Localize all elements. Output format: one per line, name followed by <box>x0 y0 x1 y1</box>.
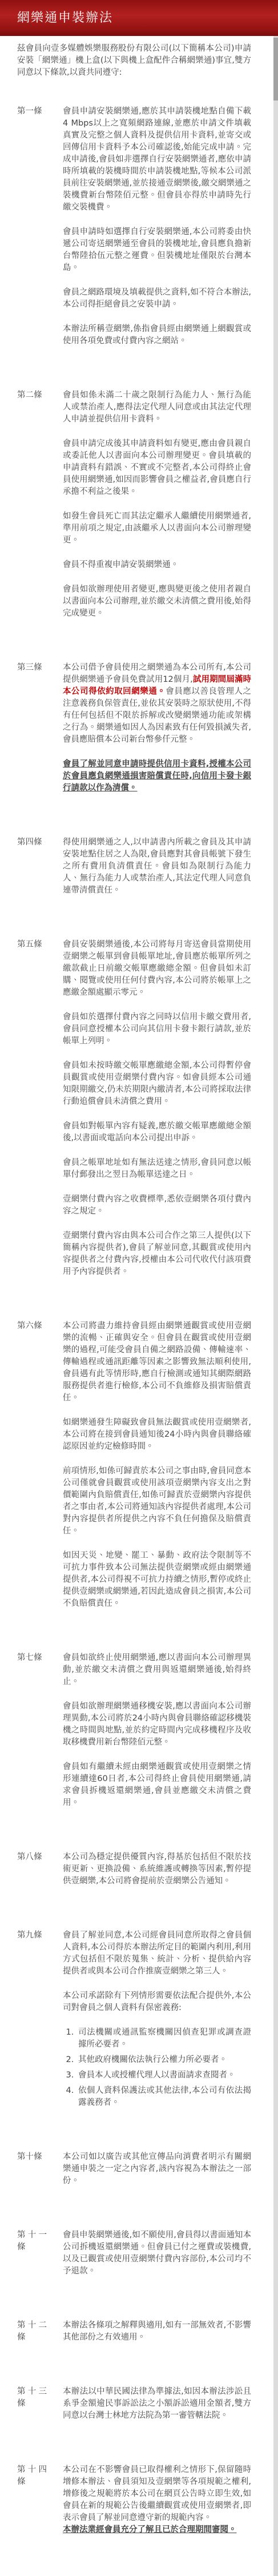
article-label: 第三條 <box>17 662 47 674</box>
paragraph: 會員了解並同意申請時提供信用卡資料,授權本公司於會員應負網樂通損害賠償責任時,向… <box>63 758 251 794</box>
paragraph: 會員安裝網樂通後,本公司將每月寄送會員當期使用壹網樂之帳單到會員帳單地址,會員應… <box>63 939 251 999</box>
intro-paragraph: 茲會員向壹多媒體娛樂服務股份有限公司(以下簡稱本公司)申請安裝「網樂通」機上盒(… <box>17 43 251 79</box>
article-body: 會員申裝網樂通後,如不願使用,會員得以書面通知本公司拆機返還網樂通。但會員已付之… <box>63 2229 251 2277</box>
article-label: 第十條 <box>17 2151 47 2163</box>
text-segment: 本辦法所稱壹網樂,係指會員經由網樂通上網觀賞或使用各項免費或付費內容之網站。 <box>63 324 251 345</box>
text-segment: 壹網樂付費內容由與本公司合作之第三人提供(以下簡稱內容提供者),會員了解並同意,… <box>63 1231 251 1276</box>
article: 第四條得使用網樂通之人,以申請書內所載之會員及其申請安裝地點住居之人為限,會員應… <box>17 837 251 897</box>
list-item: 依個人資料保護法或其他法律,本公司有依法揭露義務者。 <box>76 2085 251 2109</box>
article-label: 第四條 <box>17 837 47 849</box>
paragraph: 壹網樂付費內容由與本公司合作之第三人提供(以下簡稱內容提供者),會員了解並同意,… <box>63 1230 251 1278</box>
text-segment: 會員之帳單地址如有無法送達之情形,會員同意以帳單付郵發出之翌日為帳單送達之日。 <box>63 1158 251 1179</box>
article: 第十條本公司如以廣告或其他宣傳品向消費者明示有關網樂通申裝之一定之內容者,該內容… <box>17 2151 251 2187</box>
article: 第十三條本辦法以中華民國法律為準據法,如因本辦法涉訟且系爭金額逾民事訴訟法之小額… <box>17 2386 251 2422</box>
article-body: 會員如係未滿二十歲之限制行為能力人、無行為能人或禁治產人,應得法定代理人同意或由… <box>63 389 251 620</box>
article-label: 第十四條 <box>17 2464 47 2488</box>
terms-content: 茲會員向壹多媒體娛樂服務股份有限公司(以下簡稱本公司)申請安裝「網樂通」機上盒(… <box>0 36 278 2536</box>
paragraph: 如因天災、地變、罷工、暴動、政府法令限制等不可抗力事件致本公司無法提供壹網樂或經… <box>63 1550 251 1610</box>
article-label: 第十三條 <box>17 2386 47 2410</box>
paragraph: 本辦法以中華民國法律為準據法,如因本辦法涉訟且系爭金額逾民事訴訟法之小額訴訟適用… <box>63 2386 251 2422</box>
text-segment: 會員安裝網樂通後,本公司將每月寄送會員當期使用壹網樂之帳單到會員帳單地址,會員應… <box>63 940 251 997</box>
paragraph: 得使用網樂通之人,以申請書內所載之會員及其申請安裝地點住居之人為限,會員應對其會… <box>63 837 251 897</box>
paragraph: 前項情形,如係可歸責於本公司之事由時,會員同意本公司僅就會員觀賞或使用該項壹網樂… <box>63 1465 251 1537</box>
article: 第三條本公司借予會員使用之網樂通為本公司所有,本公司提供網樂通予會員免費試用12… <box>17 662 251 794</box>
list-item: 司法機關或通訊監察機關因偵查犯罪或調查證據所必要者。 <box>76 2027 251 2051</box>
article-label: 第八條 <box>17 1851 47 1863</box>
text-segment: 會員如於選擇付費內容之同時以信用卡繳交費用者,會員同意授權本公司向其信用卡發卡銀… <box>63 1012 251 1046</box>
paragraph: 會員如欲終止使用網樂通,應以書面向本公司辦理異動,並於繳交未清償之費用與返還網樂… <box>63 1652 251 1688</box>
article-body: 會員了解並同意,本公司經會員同意所取得之會員個人資料,本公司得於本辦法所定目的範… <box>63 1930 251 2109</box>
article-label: 第十一條 <box>17 2229 47 2253</box>
paragraph: 會員如係未滿二十歲之限制行為能力人、無行為能人或禁治產人,應得法定代理人同意或由… <box>63 389 251 425</box>
article-body: 本辦法各條項之解釋與適用,如有一部無效者,不影響其他部份之有效適用。 <box>63 2320 251 2344</box>
paragraph: 本辦法各條項之解釋與適用,如有一部無效者,不影響其他部份之有效適用。 <box>63 2320 251 2344</box>
article-label: 第七條 <box>17 1652 47 1664</box>
text-segment: 得使用網樂通之人,以申請書內所載之會員及其申請安裝地點住居之人為限,會員應對其會… <box>63 838 251 895</box>
article-body: 本公司如以廣告或其他宣傳品向消費者明示有關網樂通申裝之一定之內容者,該內容視為本… <box>63 2151 251 2187</box>
text-segment: 前項情形,如係可歸責於本公司之事由時,會員同意本公司僅就會員觀賞或使用該項壹網樂… <box>63 1466 251 1536</box>
text-segment: 會員申請時如選擇自行安裝網樂通,本公司將委由快遞公司寄送網樂通至會員的裝機地址,… <box>63 227 251 272</box>
list-item: 會員本人或授權代理人以書面請求查閱者。 <box>76 2069 251 2081</box>
text-segment: 會員如對帳單內容有疑義,應於繳交帳單應繳總金額後,以書面或電話向本公司提出申訴。 <box>63 1122 251 1143</box>
paragraph: 本公司如以廣告或其他宣傳品向消費者明示有關網樂通申裝之一定之內容者,該內容視為本… <box>63 2151 251 2187</box>
article-body: 本公司為穩定提供優質內容,得基於包括但不限於技術更新、更換設備、系統維護或轉換等… <box>63 1851 251 1887</box>
text-segment: 壹網樂付費內容之收費標準,悉依壹網樂各項付費內容之規定。 <box>63 1195 251 1216</box>
text-segment: 會員如未按時繳交帳單應繳總金額,本公司得暫停會員觀賞或使用壹網樂付費內容。如會員… <box>63 1061 251 1106</box>
article-body: 得使用網樂通之人,以申請書內所載之會員及其申請安裝地點住居之人為限,會員應對其會… <box>63 837 251 897</box>
article: 第十一條會員申裝網樂通後,如不願使用,會員得以書面通知本公司拆機返還網樂通。但會… <box>17 2229 251 2277</box>
article: 第五條會員安裝網樂通後,本公司將每月寄送會員當期使用壹網樂之帳單到會員帳單地址,… <box>17 939 251 1278</box>
article-body: 會員安裝網樂通後,本公司將每月寄送會員當期使用壹網樂之帳單到會員帳單地址,會員應… <box>63 939 251 1278</box>
page-header: 網樂通申裝辦法 <box>0 0 278 36</box>
paragraph: 本辦法所稱壹網樂,係指會員經由網樂通上網觀賞或使用各項免費或付費內容之網站。 <box>63 323 251 347</box>
article: 第七條會員如欲終止使用網樂通,應以書面向本公司辦理異動,並於繳交未清償之費用與返… <box>17 1652 251 1809</box>
text-segment: 本公司如以廣告或其他宣傳品向消費者明示有關網樂通申裝之一定之內容者,該內容視為本… <box>63 2152 251 2185</box>
article: 第八條本公司為穩定提供優質內容,得基於包括但不限於技術更新、更換設備、系統維護或… <box>17 1851 251 1887</box>
paragraph: 會員之網路環境及填載提供之資料,如不符合本辦法,本公司得拒絕會員之安裝申請。 <box>63 287 251 311</box>
scrollbar-thumb[interactable] <box>273 38 278 101</box>
article-label: 第二條 <box>17 389 47 401</box>
article-label: 第九條 <box>17 1930 47 1942</box>
text-segment: 會員如係未滿二十歲之限制行為能力人、無行為能人或禁治產人,應得法定代理人同意或由… <box>63 391 251 424</box>
list-item: 其他政府機關依法執行公權力所必要者。 <box>76 2054 251 2066</box>
paragraph: 會員如於選擇付費內容之同時以信用卡繳交費用者,會員同意授權本公司向其信用卡發卡銀… <box>63 1011 251 1047</box>
text-segment: 會員申請安裝網樂通,應於其申請裝機地點自備下載4 Mbps以上之寬頻網路連線,並… <box>63 107 251 212</box>
text-segment: 會員申裝網樂通後,如不願使用,會員得以書面通知本公司拆機返還網樂通。但會員已付之… <box>63 2231 251 2276</box>
article-label: 第六條 <box>17 1320 47 1332</box>
text-segment: 會員不得重複申請安裝網樂通。 <box>63 560 179 569</box>
paragraph: 會員如欲辦理網樂通移機安裝,應以書面向本公司辦理異動,本公司將於24小時內與會員… <box>63 1701 251 1749</box>
article: 第一條會員申請安裝網樂通,應於其申請裝機地點自備下載4 Mbps以上之寬頻網路連… <box>17 106 251 347</box>
underlined-emphasis-text: 會員了解並同意申請時提供信用卡資料,授權本公司於會員應負網樂通損害賠償責任時,向… <box>63 759 251 793</box>
paragraph: 會員如欲辦理使用者變更,應與變更後之使用者親自以書面向本公司辦理,並於繳交未清償… <box>63 584 251 620</box>
text-segment: 會員之網路環境及填載提供之資料,如不符合本辦法,本公司得拒絕會員之安裝申請。 <box>63 288 251 309</box>
text-segment: 會員如欲辦理使用者變更,應與變更後之使用者親自以書面向本公司辦理,並於繳交未清償… <box>63 585 251 618</box>
paragraph: 會員申請完成後其申請資料如有變更,應由會員親自或委託他人以書面向本公司辦理變更。… <box>63 438 251 498</box>
paragraph: 本公司承諾除有下列情形需要依法配合提供外,本公司對會員之個人資料有保密義務: <box>63 1990 251 2014</box>
article: 第二條會員如係未滿二十歲之限制行為能力人、無行為能人或禁治產人,應得法定代理人同… <box>17 389 251 620</box>
article-label: 第十二條 <box>17 2320 47 2344</box>
paragraph: 壹網樂付費內容之收費標準,悉依壹網樂各項付費內容之規定。 <box>63 1193 251 1217</box>
paragraph: 本辦法業經會員充分了解且已於合理期間審閱。 <box>63 2524 251 2536</box>
article: 第九條會員了解並同意,本公司經會員同意所取得之會員個人資料,本公司得於本辦法所定… <box>17 1930 251 2109</box>
article: 第十四條本公司在不影響會員已取得權利之情形下,保留隨時增修本辦法、會員須知及壹網… <box>17 2464 251 2536</box>
article-body: 會員申請安裝網樂通,應於其申請裝機地點自備下載4 Mbps以上之寬頻網路連線,並… <box>63 106 251 347</box>
paragraph: 會員如有繼續未經由網樂通觀賞或使用壹網樂之情形連續達60日者,本公司得終止會員使… <box>63 1761 251 1809</box>
article-body: 本辦法以中華民國法律為準據法,如因本辦法涉訟且系爭金額逾民事訴訟法之小額訴訟適用… <box>63 2386 251 2422</box>
article-label: 第一條 <box>17 106 47 118</box>
terms-page: 網樂通申裝辦法 茲會員向壹多媒體娛樂服務股份有限公司(以下簡稱本公司)申請安裝「… <box>0 0 278 2576</box>
article-body: 會員如欲終止使用網樂通,應以書面向本公司辦理異動,並於繳交未清償之費用與返還網樂… <box>63 1652 251 1809</box>
text-segment: 會員申請完成後其申請資料如有變更,應由會員親自或委託他人以書面向本公司辦理變更。… <box>63 439 251 496</box>
page-title: 網樂通申裝辦法 <box>0 0 278 26</box>
paragraph: 會員不得重複申請安裝網樂通。 <box>63 559 251 571</box>
article-body: 本公司將盡力維持會員經由網樂通觀賞或使用壹網樂的流暢、正確與安全。但會員在觀賞或… <box>63 1320 251 1610</box>
paragraph: 本公司在不影響會員已取得權利之情形下,保留隨時增修本辦法、會員須知及壹網樂等各項… <box>63 2464 251 2524</box>
article-body: 本公司借予會員使用之網樂通為本公司所有,本公司提供網樂通予會員免費試用12個月,… <box>63 662 251 794</box>
text-segment: 會員如有繼續未經由網樂通觀賞或使用壹網樂之情形連續達60日者,本公司得終止會員使… <box>63 1762 251 1807</box>
article: 第六條本公司將盡力維持會員經由網樂通觀賞或使用壹網樂的流暢、正確與安全。但會員在… <box>17 1320 251 1610</box>
paragraph: 本公司借予會員使用之網樂通為本公司所有,本公司提供網樂通予會員免費試用12個月,… <box>63 662 251 746</box>
paragraph: 會員如對帳單內容有疑義,應於繳交帳單應繳總金額後,以書面或電話向本公司提出申訴。 <box>63 1120 251 1144</box>
text-segment: 本公司將盡力維持會員經由網樂通觀賞或使用壹網樂的流暢、正確與安全。但會員在觀賞或… <box>63 1321 251 1402</box>
text-segment: 本公司為穩定提供優質內容,得基於包括但不限於技術更新、更換設備、系統維護或轉換等… <box>63 1852 251 1886</box>
text-segment: 本辦法以中華民國法律為準據法,如因本辦法涉訟且系爭金額逾民事訴訟法之小額訴訟適用… <box>63 2387 251 2420</box>
paragraph: 會員申請安裝網樂通,應於其申請裝機地點自備下載4 Mbps以上之寬頻網路連線,並… <box>63 106 251 214</box>
text-segment: 本公司承諾除有下列情形需要依法配合提供外,本公司對會員之個人資料有保密義務: <box>63 1991 251 2012</box>
text-segment: 會員了解並同意,本公司經會員同意所取得之會員個人資料,本公司得於本辦法所定目的範… <box>63 1931 251 1976</box>
text-segment: 會員如欲終止使用網樂通,應以書面向本公司辦理異動,並於繳交未清償之費用與返還網樂… <box>63 1653 251 1686</box>
paragraph: 本公司將盡力維持會員經由網樂通觀賞或使用壹網樂的流暢、正確與安全。但會員在觀賞或… <box>63 1320 251 1404</box>
text-segment: 本辦法各條項之解釋與適用,如有一部無效者,不影響其他部份之有效適用。 <box>63 2321 251 2342</box>
paragraph: 如網樂通發生障礙致會員無法觀賞或使用壹網樂者,本公司將在接到會員通知後24小時內… <box>63 1417 251 1453</box>
text-segment: 如因天災、地變、罷工、暴動、政府法令限制等不可抗力事件致本公司無法提供壹網樂或經… <box>63 1551 251 1608</box>
article: 第十二條本辦法各條項之解釋與適用,如有一部無效者,不影響其他部份之有效適用。 <box>17 2320 251 2344</box>
paragraph: 會員申裝網樂通後,如不願使用,會員得以書面通知本公司拆機返還網樂通。但會員已付之… <box>63 2229 251 2277</box>
text-segment: 本公司在不影響會員已取得權利之情形下,保留隨時增修本辦法、會員須知及壹網樂等各項… <box>63 2465 251 2522</box>
text-segment: 如網樂通發生障礙致會員無法觀賞或使用壹網樂者,本公司將在接到會員通知後24小時內… <box>63 1418 251 1451</box>
articles: 第一條會員申請安裝網樂通,應於其申請裝機地點自備下載4 Mbps以上之寬頻網路連… <box>17 106 251 2536</box>
scrollbar-track[interactable] <box>273 36 278 2576</box>
paragraph: 會員申請時如選擇自行安裝網樂通,本公司將委由快遞公司寄送網樂通至會員的裝機地址,… <box>63 226 251 274</box>
paragraph: 會員如未按時繳交帳單應繳總金額,本公司得暫停會員觀賞或使用壹網樂付費內容。如會員… <box>63 1060 251 1108</box>
numbered-list: 司法機關或通訊監察機關因偵查犯罪或調查證據所必要者。其他政府機關依法執行公權力所… <box>63 2027 251 2109</box>
text-segment: 會員如欲辦理網樂通移機安裝,應以書面向本公司辦理異動,本公司將於24小時內與會員… <box>63 1702 251 1747</box>
paragraph: 會員了解並同意,本公司經會員同意所取得之會員個人資料,本公司得於本辦法所定目的範… <box>63 1930 251 1978</box>
paragraph: 如發生會員死亡而其法定繼承人繼續使用網樂通者,準用前項之規定,由該繼承人以書面向… <box>63 511 251 546</box>
text-segment: 如發生會員死亡而其法定繼承人繼續使用網樂通者,準用前項之規定,由該繼承人以書面向… <box>63 512 251 545</box>
paragraph: 會員之帳單地址如有無法送達之情形,會員同意以帳單付郵發出之翌日為帳單送達之日。 <box>63 1157 251 1181</box>
article-label: 第五條 <box>17 939 47 951</box>
article-body: 本公司在不影響會員已取得權利之情形下,保留隨時增修本辦法、會員須知及壹網樂等各項… <box>63 2464 251 2536</box>
paragraph: 本公司為穩定提供優質內容,得基於包括但不限於技術更新、更換設備、系統維護或轉換等… <box>63 1851 251 1887</box>
underlined-emphasis-text: 本辦法業經會員充分了解且已於合理期間審閱。 <box>63 2525 237 2534</box>
